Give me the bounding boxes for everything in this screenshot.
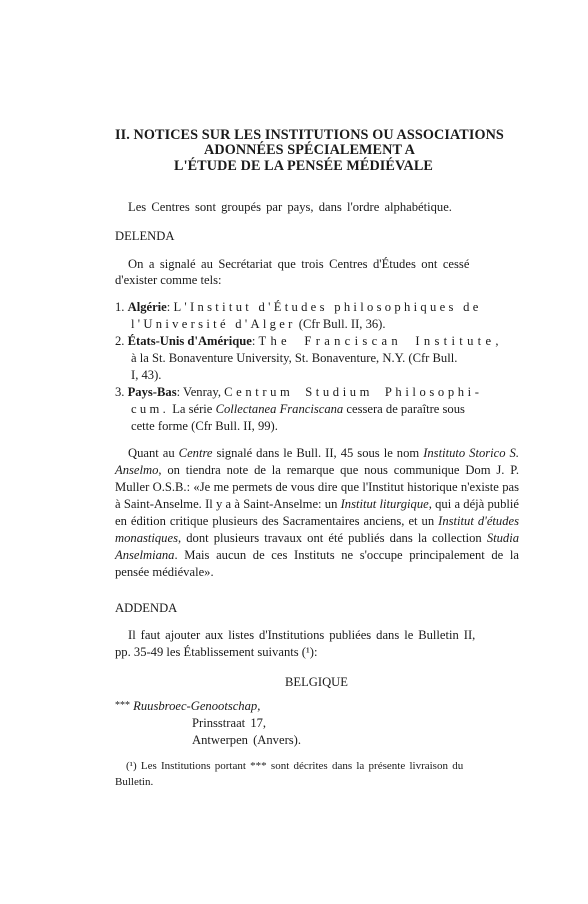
item-place: Venray,: [183, 385, 221, 399]
colon: :: [252, 334, 256, 348]
item-country: États-Unis d'Amérique: [128, 334, 252, 348]
entry-city: Antwerpen (Anvers).: [192, 732, 301, 749]
text: Quant au: [128, 446, 179, 460]
footnote-line-2: Bulletin.: [115, 775, 153, 790]
item-country: Pays-Bas: [128, 385, 177, 399]
series-title: Collectanea Franciscana: [216, 402, 344, 416]
delenda-item-3: 3. Pays-Bas: Venray, Centrum Studium Phi…: [115, 384, 483, 401]
item-institution: Centrum Studium Philosophi-: [224, 385, 482, 399]
delenda-item-2: 2. États-Unis d'Amérique: The Franciscan…: [115, 333, 503, 350]
italic-centre: Centre: [179, 446, 213, 460]
item-institution-cont: cum.: [131, 402, 169, 416]
addenda-entry: *** Ruusbroec-Genootschap,: [115, 698, 260, 716]
country-heading: BELGIQUE: [285, 674, 348, 691]
entry-street: Prinsstraat 17,: [192, 715, 266, 732]
described-marker: ***: [115, 700, 130, 711]
text: . Mais aucun de ces Instituts ne s'occup…: [115, 548, 519, 579]
item-number: 2.: [115, 334, 124, 348]
section-title-line-3: L'ÉTUDE DE LA PENSÉE MÉDIÉVALE: [174, 158, 433, 175]
addenda-heading: ADDENDA: [115, 600, 177, 617]
footnote-line-1: (¹) Les Institutions portant *** sont dé…: [126, 759, 463, 774]
text: signalé dans le Bull. II, 45 sous le nom: [212, 446, 423, 460]
delenda-item-2-line-3: I, 43).: [131, 367, 161, 384]
delenda-item-2-line-2: à la St. Bonaventure University, St. Bon…: [131, 350, 457, 367]
item-institution: The Franciscan Institute,: [258, 334, 502, 348]
item-country: Algérie: [128, 300, 167, 314]
delenda-para-line-1: On a signalé au Secrétariat que trois Ce…: [128, 256, 469, 273]
item-number: 3.: [115, 385, 124, 399]
delenda-item-3-line-3: cette forme (Cfr Bull. II, 99).: [131, 418, 278, 435]
addenda-para-line-2: pp. 35-49 les Établissement suivants (¹)…: [115, 644, 317, 661]
text: La série: [172, 402, 212, 416]
item-number: 1.: [115, 300, 124, 314]
delenda-item-3-line-2: cum. La série Collectanea Franciscana ce…: [131, 401, 465, 418]
addenda-para-line-1: Il faut ajouter aux listes d'Institution…: [128, 627, 475, 644]
delenda-heading: DELENDA: [115, 228, 174, 245]
item-institution-cont: l'Université d'Alger: [131, 317, 296, 331]
section-title-line-2: ADONNÉES SPÉCIALEMENT A: [204, 142, 415, 159]
italic-institut-liturgique: Institut liturgique: [341, 497, 429, 511]
delenda-item-1: 1. Algérie: L'Institut d'Études philosop…: [115, 299, 482, 316]
colon: :: [167, 300, 171, 314]
entry-name: Ruusbroec-Genootschap,: [133, 699, 260, 713]
delenda-para-line-2: d'exister comme tels:: [115, 272, 222, 289]
item-ref: (Cfr Bull. II, 36).: [299, 317, 386, 331]
text: , dont plusieurs travaux ont été publiés…: [178, 531, 487, 545]
text: cessera de paraître sous: [346, 402, 465, 416]
delenda-item-1-line-2: l'Université d'Alger (Cfr Bull. II, 36).: [131, 316, 386, 333]
item-institution: L'Institut d'Études philosophiques de: [173, 300, 481, 314]
quote-paragraph: Quant au Centre signalé dans le Bull. II…: [115, 445, 519, 581]
intro-text: Les Centres sont groupés par pays, dans …: [128, 199, 452, 216]
document-page: II. NOTICES SUR LES INSTITUTIONS OU ASSO…: [0, 0, 588, 904]
colon: :: [177, 385, 181, 399]
